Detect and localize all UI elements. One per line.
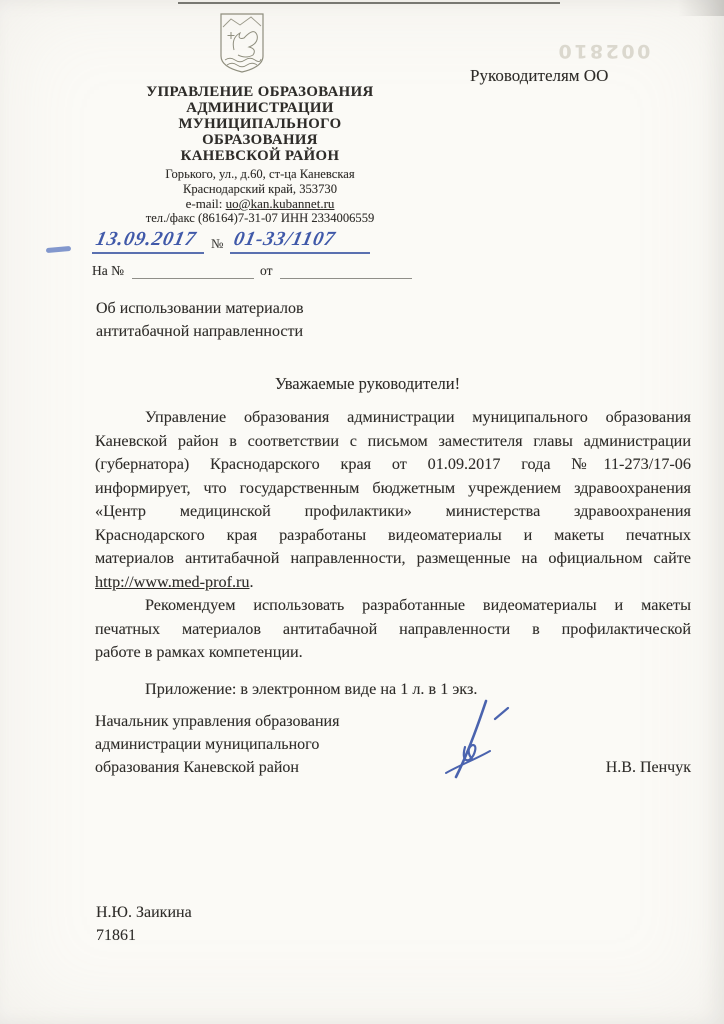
- coat-of-arms-icon: [218, 12, 266, 74]
- address-line: Горького, ул., д.60, ст-ца Каневская: [90, 167, 430, 182]
- reply-number-label: На №: [92, 263, 124, 279]
- faint-stamp-number: 002810: [556, 40, 650, 62]
- body-line: работе в рамках компетенции.: [95, 641, 691, 665]
- email-label: e-mail:: [186, 196, 223, 211]
- signature-block: Начальник управления образования админис…: [95, 710, 691, 779]
- org-name-line: МУНИЦИПАЛЬНОГО: [90, 116, 430, 132]
- outgoing-reference-row: 13.09.2017 № 01-33/1107: [90, 227, 430, 254]
- body-line: материалов антитабачной направленности, …: [95, 547, 691, 571]
- subject-line: Об использовании материалов: [96, 297, 304, 320]
- incoming-reference-row: На № от: [90, 263, 430, 279]
- reply-date-blank: [280, 265, 412, 279]
- salutation: Уважаемые руководители!: [95, 374, 640, 394]
- body-link-line: http://www.med-prof.ru.: [95, 571, 691, 595]
- executor-block: Н.Ю. Заикина 71861: [96, 901, 192, 947]
- body-line: печатных материалов антитабачной направл…: [95, 618, 691, 642]
- body-line: Краснодарского края разработаны видеомат…: [95, 524, 691, 548]
- org-name-line: ОБРАЗОВАНИЯ: [90, 132, 430, 148]
- signer-position-line: образования Каневской район: [95, 756, 691, 779]
- body-line: Рекомендуем использовать разработанные в…: [95, 594, 691, 618]
- signer-position-line: Начальник управления образования: [95, 710, 691, 733]
- letterhead: УПРАВЛЕНИЕ ОБРАЗОВАНИЯ АДМИНИСТРАЦИИ МУН…: [90, 84, 430, 279]
- address-line: Краснодарский край, 353730: [90, 182, 430, 197]
- subject-block: Об использовании материалов антитабачной…: [96, 297, 304, 343]
- attachment-line: Приложение: в электронном виде на 1 л. в…: [95, 678, 691, 702]
- body-line: «Центр медицинской профилактики» министе…: [95, 500, 691, 524]
- scan-corner-smudge: [678, 0, 724, 16]
- signer-name: Н.В. Пенчук: [606, 756, 691, 779]
- org-name-line: УПРАВЛЕНИЕ ОБРАЗОВАНИЯ: [90, 84, 430, 100]
- link-period: .: [250, 573, 254, 591]
- letter-body: Управление образования администрации мун…: [95, 406, 691, 701]
- scanned-letter-page: 002810 Руководителям ОО УПРАВЛЕНИЕ ОБРАЗ…: [0, 0, 724, 1024]
- email-address: uo@kan.kubannet.ru: [226, 196, 335, 211]
- handwritten-number: 01-33/1107: [232, 228, 338, 251]
- handwritten-signature: [432, 697, 512, 787]
- pen-mark: [46, 246, 71, 253]
- handwritten-date-field: 13.09.2017: [92, 228, 204, 254]
- scan-artifact-line: [178, 2, 560, 4]
- recipient-line: Руководителям ОО: [470, 66, 608, 86]
- email-line: e-mail: uo@kan.kubannet.ru: [90, 196, 430, 211]
- org-name-line: КАНЕВСКОЙ РАЙОН: [90, 148, 430, 164]
- phone-inn-line: тел./факс (86164)7-31-07 ИНН 2334006559: [90, 211, 430, 225]
- handwritten-date: 13.09.2017: [94, 228, 199, 251]
- executor-phone: 71861: [96, 924, 192, 947]
- body-line: (губернатора) Краснодарского края от 01.…: [95, 453, 691, 477]
- handwritten-number-field: 01-33/1107: [230, 228, 370, 254]
- reply-number-blank: [132, 265, 254, 279]
- executor-name: Н.Ю. Заикина: [96, 901, 192, 924]
- number-sign: №: [211, 236, 223, 252]
- subject-line: антитабачной направленности: [96, 320, 304, 343]
- org-name-line: АДМИНИСТРАЦИИ: [90, 100, 430, 116]
- website-link: http://www.med-prof.ru: [95, 573, 250, 591]
- signer-position-line: администрации муниципального: [95, 733, 691, 756]
- body-line: информирует, что государственным бюджетн…: [95, 477, 691, 501]
- body-line: Каневской район в соответствии с письмом…: [95, 430, 691, 454]
- reply-date-label: от: [260, 263, 272, 279]
- body-line: Управление образования администрации мун…: [95, 406, 691, 430]
